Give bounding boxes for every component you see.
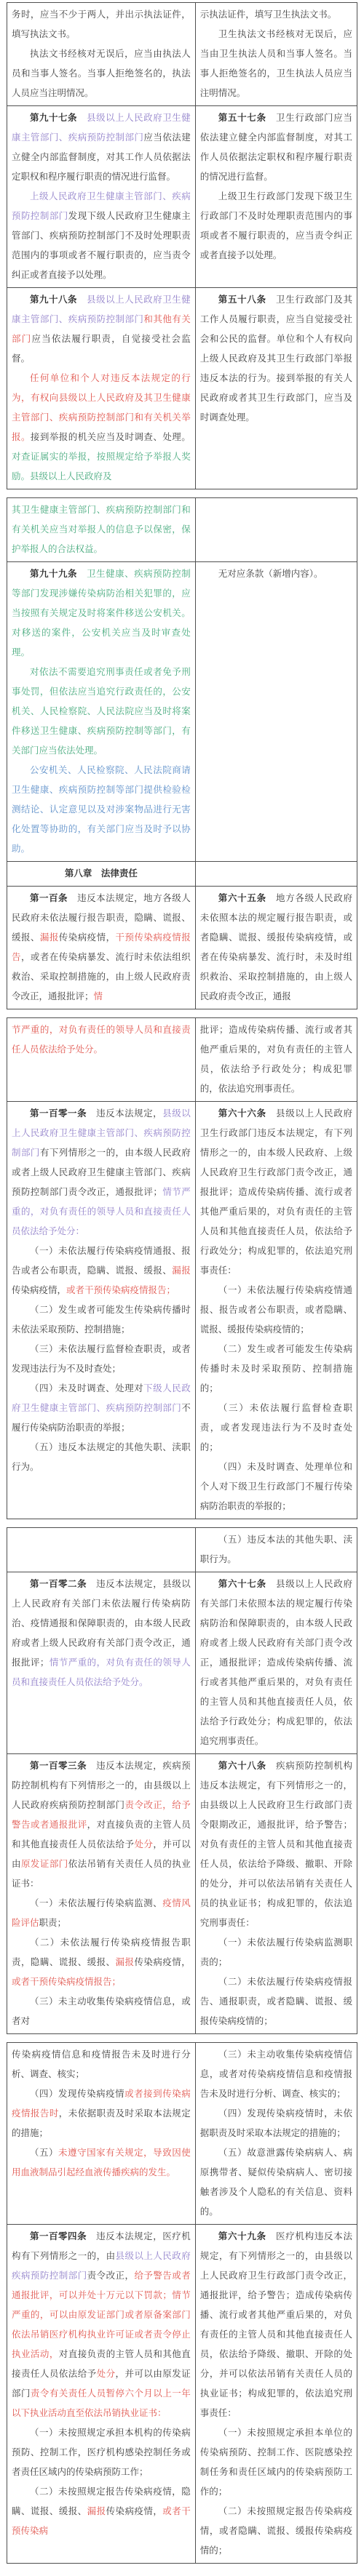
left-cell: 其卫生健康主管部门、疾病预防控制部门和有关机关应当对举报人的信息予以保密，保护举… [7,498,196,562]
table-row: 务时，应当不少于两人，并出示执法证件，填写执法文书。执法文书经核对无误后，应当由… [7,3,357,106]
right-cell: 示执法证件，填写卫生执法文书。卫生执法文书经核对无误后，应当由卫生执法人员和当事… [195,3,357,106]
paragraph: 第九十九条 卫生健康、疾病预防控制等部门发现涉嫌传染病防治相关犯罪的，应当按照有… [12,564,191,663]
article-number: 第六十六条 [218,1108,266,1119]
table-row: 第一百零二条 违反本法规定，县级以上人民政府有关部门未依法履行传染病防治、疫情通… [7,1572,357,1754]
text-segment [77,569,87,579]
right-cell: （五）违反本法的其他失职、渎职行为。 [195,1528,357,1572]
table-row: 第一百条 违反本法规定，地方各级人民政府未依法履行报告职责，隐瞒、谎报、缓报、漏… [7,887,357,1009]
article-number: 第九十八条 [30,295,77,305]
right-cell: （三）未主动收集传染病疫情信息，或者对传染病疫情信息和疫情报告未及时进行分析、调… [195,2043,357,2225]
left-cell: 第一百零二条 违反本法规定，县级以上人民政府有关部门未依法履行传染病防治、疫情通… [7,1572,196,1754]
text-segment: 传染病疫情， [59,932,116,943]
paragraph: （三）未主动收集传染病疫情信息，或者对传染病疫情信息和疫情报告未及时进行分析、调… [200,2045,352,2104]
text-segment: （一）未依法履行传染病监测职责的； [200,1937,352,1967]
comparison-table-page-2: 其卫生健康主管部门、疾病预防控制部门和有关机关应当对举报人的信息予以保密，保护举… [7,497,357,1009]
text-segment: （一）未依法履行传染病疫情通报、报告或者公布职责，或者隐瞒、谎报、缓报传染病疫情… [200,1285,352,1335]
paragraph: （五）未遵守国家有关规定，导致因使用血液制品引起经血液传播疾病的发生。 [12,2143,191,2183]
text-segment: 地方各级人民政府未依照本法的规定履行报告职责，或者隐瞒、谎报、缓报传染病疫情，或… [200,893,352,1001]
text-segment: （四）发现传染病疫情时，未依据职责及时采取本法规定的措施的； [200,2108,352,2138]
paragraph: 任何单位和个人对违反本法规定的行为，有权向县级以上人民政府及其卫生健康主管部门、… [12,369,191,487]
table-row: 第一百零三条 违反本法规定，疾病预防控制机构有下列情形之一的，由县级以上人民政府… [7,1754,357,2034]
text-segment: （五）故意泄露传染病病人、病原携带者、疑似传染病病人、密切接触者涉及个人隐私的有… [200,2148,352,2217]
text-segment: 或者干预传染病疫情报告； [12,1977,121,1987]
text-segment: 接到举报的机关应当及时调查、处理。 [31,432,191,442]
text-segment: 漏报 [40,932,59,943]
paragraph: （五）违反本法规定的其他失职、渎职行为。 [12,1438,191,1477]
paragraph: 第五十八条 卫生行政部门及其工作人员履行职责，应当自觉接受社会和公民的监督。单位… [200,290,352,428]
table-row: 节严重的，对负有责任的领导人员和直接责任人员依法给予处分。批评；造成传染病传播、… [7,1018,357,1102]
table-row: 第九十九条 卫生健康、疾病预防控制等部门发现涉嫌传染病防治相关犯罪的，应当按照有… [7,562,357,862]
paragraph: （二）未依法履行传染病疫情报告、通报职责，或者隐瞒、谎报、缓报传染病疫情的； [200,1972,352,2031]
article-number: 第一百零四条 [30,2231,87,2241]
text-segment: 原发证部门 [21,1859,68,1869]
text-segment: 或者干预传染病疫情报告； [66,1285,175,1295]
left-cell [7,1528,196,1572]
text-segment: （一）未按照规定承担本单位的传染病预防、控制工作、医院感染控制任务和责任区域内的… [200,2428,352,2497]
paragraph: （四）未及时调查、处理单位和个人对下级卫生行政部门不履行传染病防治职责的举报的； [200,1457,352,1516]
article-number: 第六十七条 [218,1579,266,1589]
text-segment: 务时，应当不少于两人，并出示执法证件，填写执法文书。 [12,9,191,39]
paragraph: 第一百零一条 违反本法规定，县级以上人民政府卫生健康主管部门、疾病预防控制部门有… [12,1104,191,1241]
table-row: 第九十七条 县级以上人民政府卫生健康主管部门、疾病预防控制部门应当依法建立健全内… [7,106,357,288]
paragraph: 执法文书经核对无误后，应当由执法人员和当事人签名。当事人拒绝签名的，执法人员应当… [12,44,191,103]
text-segment: 卫生行政部门及其工作人员履行职责，应当自觉接受社会和公民的监督。单位和个人有权向… [200,295,352,423]
text-segment: 情 [94,991,103,1001]
left-cell: 第九十七条 县级以上人民政府卫生健康主管部门、疾病预防控制部门应当依法建立健全内… [7,106,196,288]
right-cell: 第五十八条 卫生行政部门及其工作人员履行职责，应当自觉接受社会和公民的监督。单位… [195,288,357,489]
left-cell: 第一百零四条 违反本法规定，医疗机构有下列情形之一的，由县级以上人民政府疾病预防… [7,2225,196,2564]
text-segment: （四）未及时调查、处理对 [30,1383,143,1393]
text-segment: （三）未主动收集传染病疫情信息，或者对 [12,1996,191,2026]
text-segment: 批评；造成传染病传播、流行或者其他严重后果的，对负有责任的主管人员，依法给予行政… [200,1025,352,1094]
text-segment: 卫生健康、疾病预防控制等部门发现涉嫌传染病防治相关犯罪的，应当按照有关规定及时将… [12,569,191,657]
comparison-table-page-3: 节严重的，对负有责任的领导人员和直接责任人员依法给予处分。批评；造成传染病传播、… [7,1017,357,1519]
paragraph: （四）发现传染病疫情时，未依据职责及时采取本法规定的措施的； [200,2104,352,2143]
text-segment: 职责； [39,1918,67,1928]
table-row: 第一百零四条 违反本法规定，医疗机构有下列情形之一的，由县级以上人民政府疾病预防… [7,2225,357,2564]
paragraph: （二）未按照规定报告传染病疫情，隐瞒、谎报、缓报、漏报传染病疫情，或者干预传染病 [12,2482,191,2541]
paragraph: 第五十七条 卫生行政部门应当依法建立健全内部监督制度，对其工作人员依据法定职权和… [200,108,352,187]
paragraph: 第八章 法律责任 [12,864,191,884]
text-segment: 卫生行政部门应当依法建立健全内部监督制度，对其工作人员依据法定职权和程序履行职责… [200,113,352,182]
comparison-document: 务时，应当不少于两人，并出示执法证件，填写执法文书。执法文书经核对无误后，应当由… [0,0,364,2576]
text-segment: 医疗机构违反本法规定，有下列情形之一的，由县级以上人民政府卫生行政部门责令改正，… [200,2231,352,2418]
text-segment: 传染病疫情， [134,1957,190,1967]
paragraph: （一）未按照规定承担本机构的传染病预防、控制工作，医疗机构感染控制任务或者责任区… [12,2423,191,2482]
table-row: 其卫生健康主管部门、疾病预防控制部门和有关机关应当对举报人的信息予以保密，保护举… [7,498,357,562]
paragraph: （二）未按照规定报告传染病疫情，或者隐瞒、谎报、缓报传染病疫情的； [200,2502,352,2561]
text-segment: 疾病预防控制机构违反本法规定，有下列情形之一的，由县级以上人民政府卫生行政部门责… [200,1761,352,1928]
text-segment: （三）未主动收集传染病疫情信息，或者对传染病疫情信息和疫情报告未及时进行分析、调… [200,2049,352,2099]
text-segment: 传染病疫情信息和疫情报告未及时进行分析、调查、核实； [12,2049,191,2079]
paragraph: 对依法不需要追究刑事责任或者免予刑事处罚，但依法应当追究行政责任的，公安机关、人… [12,663,191,761]
paragraph: 示执法证件，填写卫生执法文书。 [200,5,352,25]
text-segment: 漏报 [116,1957,135,1967]
text-segment: （二）发生或者可能发生传染病传播时未依法采取预防、控制措施； [12,1305,191,1335]
paragraph: 无对应条款（新增内容）。 [200,564,352,584]
text-segment: 漏报 [87,2506,106,2516]
text-segment: 卫生执法文书经核对无误后，应当由卫生执法人员和当事人签名。当事人拒绝签名的，卫生… [200,29,352,98]
paragraph: （一）未按照规定承担本单位的传染病预防、控制工作、医院感染控制任务和责任区域内的… [200,2423,352,2502]
paragraph: 第六十五条 地方各级人民政府未依照本法的规定履行报告职责，或者隐瞒、谎报、缓报传… [200,889,352,1007]
article-number: 第六十五条 [218,893,266,903]
text-segment: （二）发生或者可能发生传染病传播时未及时采取预防、控制措施的； [200,1344,352,1393]
paragraph: 第九十八条 县级以上人民政府卫生健康主管部门、疾病预防控制部门和其他有关部门应当… [12,290,191,369]
paragraph: 第一百零三条 违反本法规定，疾病预防控制机构有下列情形之一的，由县级以上人民政府… [12,1756,191,1894]
text-segment: （四）发现传染病疫情 [30,2089,124,2099]
text-segment: 县级以上人民政府有关部门未依照本法的规定履行传染病防治和保障职责的，由本级人民政… [200,1579,352,1746]
left-cell: 第一百条 违反本法规定，地方各级人民政府未依法履行报告职责，隐瞒、谎报、缓报、漏… [7,887,196,1009]
paragraph: （一）未依法履行传染病监测职责的； [200,1933,352,1972]
text-segment: （三）未依法履行监督检查职责，或者发现违法行为不及时查处的； [200,1403,352,1452]
text-segment: （四）未及时调查、处理单位和个人对下级卫生行政部门不履行传染病防治职责的举报的； [200,1462,352,1511]
right-cell: 第六十五条 地方各级人民政府未依照本法的规定履行报告职责，或者隐瞒、谎报、缓报传… [195,887,357,1009]
article-number: 第一百零一条 [30,1108,87,1119]
paragraph: 节严重的，对负有责任的领导人员和直接责任人员依法给予处分。 [12,1020,191,1060]
text-segment: 处分 [97,2369,116,2379]
right-cell: 批评；造成传染病传播、流行或者其他严重后果的，对负有责任的主管人员，依法给予行政… [195,1018,357,1102]
text-segment: 对依法不需要追究刑事责任或者免予刑事处罚，但依法应当追究行政责任的，公安机关、人… [12,667,191,756]
paragraph: （三）未依法履行监督检查职责，或者发现违法行为不及时查处的； [200,1399,352,1457]
text-segment: （三）未依法履行监督检查职责，或者发现违法行为不及时查处； [12,1344,191,1374]
article-number: 第一百零二条 [30,1579,87,1589]
right-cell [195,498,357,562]
right-cell: 第六十六条 县级以上人民政府卫生行政部门违反本法规定，有下列情形之一的，由本级人… [195,1102,357,1519]
text-segment [77,113,87,123]
left-cell: 第八章 法律责任 [7,862,196,887]
text-segment: 处分 [134,1839,153,1849]
table-row: （五）违反本法的其他失职、渎职行为。 [7,1528,357,1572]
text-segment: 违反本法规定， [87,1108,162,1119]
paragraph: （四）未及时调查、处理对下级人民政府卫生健康主管部门、疾病预防控制部门不履行传染… [12,1379,191,1438]
table-row: 第八章 法律责任 [7,862,357,887]
text-segment: （一）未依法履行传染病监测、 [30,1898,162,1908]
paragraph: （二）未依法履行传染病疫情报告职责，隐瞒、谎报、缓报、漏报传染病疫情，或者干预传… [12,1933,191,1992]
text-segment: （五） [30,2148,58,2158]
right-cell: 无对应条款（新增内容）。 [195,562,357,862]
text-segment: 责令改正， [87,2271,135,2281]
paragraph: 务时，应当不少于两人，并出示执法证件，填写执法文书。 [12,5,191,44]
table-row: 传染病疫情信息和疫情报告未及时进行分析、调查、核实；（四）发现传染病疫情或者接到… [7,2043,357,2225]
paragraph: 第六十七条 县级以上人民政府有关部门未依照本法的规定履行传染病防治和保障职责的，… [200,1575,352,1751]
paragraph: （四）发现传染病疫情或者接到传染病疫情报告时，未依据职责及时采取本法规定的措施； [12,2084,191,2143]
paragraph: （二）发生或者可能发生传染病传播时未及时采取预防、控制措施的； [200,1340,352,1399]
paragraph: （一）未依法履行传染病监测、疫情风险评估职责； [12,1894,191,1933]
paragraph: （五）违反本法的其他失职、渎职行为。 [200,1530,352,1569]
paragraph: 上级人民政府卫生健康主管部门、疾病预防控制部门发现下级人民政府卫生健康主管部门、… [12,187,191,285]
left-cell: 第九十八条 县级以上人民政府卫生健康主管部门、疾病预防控制部门和其他有关部门应当… [7,288,196,489]
text-segment: 上级卫生行政部门发现下级卫生行政部门不及时处理职责范围内的事项或者不履行职责的，… [200,191,352,260]
left-cell: 务时，应当不少于两人，并出示执法证件，填写执法文书。执法文书经核对无误后，应当由… [7,3,196,106]
paragraph: （一）未依法履行传染病疫情通报、报告或者公布职责，隐瞒、谎报、缓报、漏报传染病疫… [12,1241,191,1300]
left-cell: 第九十九条 卫生健康、疾病预防控制等部门发现涉嫌传染病防治相关犯罪的，应当按照有… [7,562,196,862]
comparison-table-page-5: 传染病疫情信息和疫情报告未及时进行分析、调查、核实；（四）发现传染病疫情或者接到… [7,2042,357,2564]
right-cell [195,862,357,887]
paragraph: 第九十七条 县级以上人民政府卫生健康主管部门、疾病预防控制部门应当依法建立健全内… [12,108,191,187]
paragraph: 第六十九条 医疗机构违反本法规定，有下列情形之一的，由县级以上人民政府卫生行政部… [200,2227,352,2423]
comparison-table-page-1: 务时，应当不少于两人，并出示执法证件，填写执法文书。执法文书经核对无误后，应当由… [7,2,357,489]
left-cell: 第一百零一条 违反本法规定，县级以上人民政府卫生健康主管部门、疾病预防控制部门有… [7,1102,196,1519]
text-segment: 应当依法履行职责，自觉接受社会监督。 [12,334,191,364]
text-segment: 县级以上人民政府卫生行政部门违反本法规定，有下列情形之一的，由本级人民政府、上级… [200,1108,352,1276]
article-number: 第一百零三条 [30,1761,87,1771]
text-segment: 漏报 [172,1265,190,1276]
paragraph: （三）未主动收集传染病疫情信息，或者对 [12,1992,191,2031]
text-segment: 无对应条款（新增内容）。 [218,569,323,579]
text-segment: （二）未依法履行传染病疫情报告、通报职责，或者隐瞒、谎报、缓报传染病疫情的； [200,1977,352,2026]
table-row: 第九十八条 县级以上人民政府卫生健康主管部门、疾病预防控制部门和其他有关部门应当… [7,288,357,489]
right-cell: 第六十七条 县级以上人民政府有关部门未依照本法的规定履行传染病防治和保障职责的，… [195,1572,357,1754]
paragraph: 第一百零四条 违反本法规定，医疗机构有下列情形之一的，由县级以上人民政府疾病预防… [12,2227,191,2423]
article-number: 第五十八条 [218,295,266,305]
article-number: 第九十七条 [30,113,77,123]
paragraph: 卫生执法文书经核对无误后，应当由卫生执法人员和当事人签名。当事人拒绝签名的，卫生… [200,25,352,103]
left-cell: 第一百零三条 违反本法规定，疾病预防控制机构有下列情形之一的，由县级以上人民政府… [7,1754,196,2034]
left-cell: 传染病疫情信息和疫情报告未及时进行分析、调查、核实；（四）发现传染病疫情或者接到… [7,2043,196,2225]
article-number: 第六十九条 [218,2231,266,2241]
text-segment: 公安机关、人民检察院、人民法院商请卫生健康、疾病预防控制等部门提供检验检测结论、… [12,765,191,854]
left-cell: 节严重的，对负有责任的领导人员和直接责任人员依法给予处分。 [7,1018,196,1102]
text-segment: 节严重的，对负有责任的领导人员和直接责任人员依法给予处分。 [12,1025,191,1055]
article-number: 第九十九条 [30,569,77,579]
paragraph: （三）未依法履行监督检查职责，或者发现违法行为不及时查处； [12,1340,191,1379]
text-segment: 传染病疫情， [106,2506,163,2516]
paragraph: 公安机关、人民检察院、人民法院商请卫生健康、疾病预防控制等部门提供检验检测结论、… [12,761,191,859]
text-segment [77,295,87,305]
paragraph: 第六十八条 疾病预防控制机构违反本法规定，有下列情形之一的，由县级以上人民政府卫… [200,1756,352,1933]
text-segment: 示执法证件，填写卫生执法文书。 [200,9,337,20]
paragraph: 第六十六条 县级以上人民政府卫生行政部门违反本法规定，有下列情形之一的，由本级人… [200,1104,352,1281]
text-segment: （一）未依法履行传染病疫情通报、报告或者公布职责，隐瞒、谎报、缓报、 [12,1246,191,1276]
paragraph: 传染病疫情信息和疫情报告未及时进行分析、调查、核实； [12,2045,191,2084]
right-cell: 第六十八条 疾病预防控制机构违反本法规定，有下列情形之一的，由县级以上人民政府卫… [195,1754,357,2034]
paragraph: 批评；造成传染病传播、流行或者其他严重后果的，对负有责任的主管人员，依法给予行政… [200,1020,352,1099]
text-segment: 对查证属实的举报，按照规定给予举报人奖励。县级以上人民政府及 [12,452,191,481]
paragraph: 其卫生健康主管部门、疾病预防控制部门和有关机关应当对举报人的信息予以保密，保护举… [12,500,191,559]
paragraph: 第一百条 违反本法规定，地方各级人民政府未依法履行报告职责，隐瞒、谎报、缓报、漏… [12,889,191,1007]
paragraph: 上级卫生行政部门发现下级卫生行政部门不及时处理职责范围内的事项或者不履行职责的，… [200,187,352,265]
article-number: 第五十七条 [218,113,266,123]
text-segment: 违反本法规定，县级以上人民政府有关部门未依法履行传染病防治、疫情通报和保障职责的… [12,1579,191,1668]
text-segment: 其卫生健康主管部门、疾病预防控制部门和有关机关应当对举报人的信息予以保密，保护举… [12,505,191,554]
article-number: 第八章 法律责任 [65,868,138,879]
paragraph: （五）故意泄露传染病病人、病原携带者、疑似传染病病人、密切接触者涉及个人隐私的有… [200,2143,352,2222]
paragraph: （二）发生或者可能发生传染病传播时未依法采取预防、控制措施； [12,1300,191,1340]
text-segment: （一）未按照规定承担本机构的传染病预防、控制工作，医疗机构感染控制任务或者责任区… [12,2428,191,2477]
text-segment: 给予警告或者通报批评，可以并处十万元以下罚款；情节严重的，可以由原发证部门或者原… [12,2271,191,2359]
comparison-table-page-4: （五）违反本法的其他失职、渎职行为。第一百零二条 违反本法规定，县级以上人民政府… [7,1527,357,2034]
right-cell: 第五十七条 卫生行政部门应当依法建立健全内部监督制度，对其工作人员依据法定职权和… [195,106,357,288]
table-row: 第一百零一条 违反本法规定，县级以上人民政府卫生健康主管部门、疾病预防控制部门有… [7,1102,357,1519]
text-segment: 责令有关责任人员暂停六个月以上一年以下执业活动直至依法吊销执业证书： [12,2388,191,2418]
paragraph: （一）未依法履行传染病疫情通报、报告或者公布职责，或者隐瞒、谎报、缓报传染病疫情… [200,1281,352,1340]
paragraph: 第一百零二条 违反本法规定，县级以上人民政府有关部门未依法履行传染病防治、疫情通… [12,1575,191,1692]
text-segment: （二）未按照规定报告传染病疫情，或者隐瞒、谎报、缓报传染病疫情的； [200,2506,352,2556]
article-number: 第一百条 [30,893,68,903]
text-segment: 执法文书经核对无误后，应当由执法人员和当事人签名。当事人拒绝签名的，执法人员应当… [12,49,191,98]
text-segment: 发现下级人民政府卫生健康主管部门、疾病预防控制部门不及时处理职责范围内的事项或者… [12,211,191,280]
article-number: 第六十八条 [218,1761,266,1771]
right-cell: 第六十九条 医疗机构违反本法规定，有下列情形之一的，由县级以上人民政府卫生行政部… [195,2225,357,2564]
text-segment: （五）违反本法规定的其他失职、渎职行为。 [12,1442,191,1472]
text-segment: 传染病疫情， [12,1285,66,1295]
text-segment: （五）违反本法的其他失职、渎职行为。 [200,1535,352,1564]
